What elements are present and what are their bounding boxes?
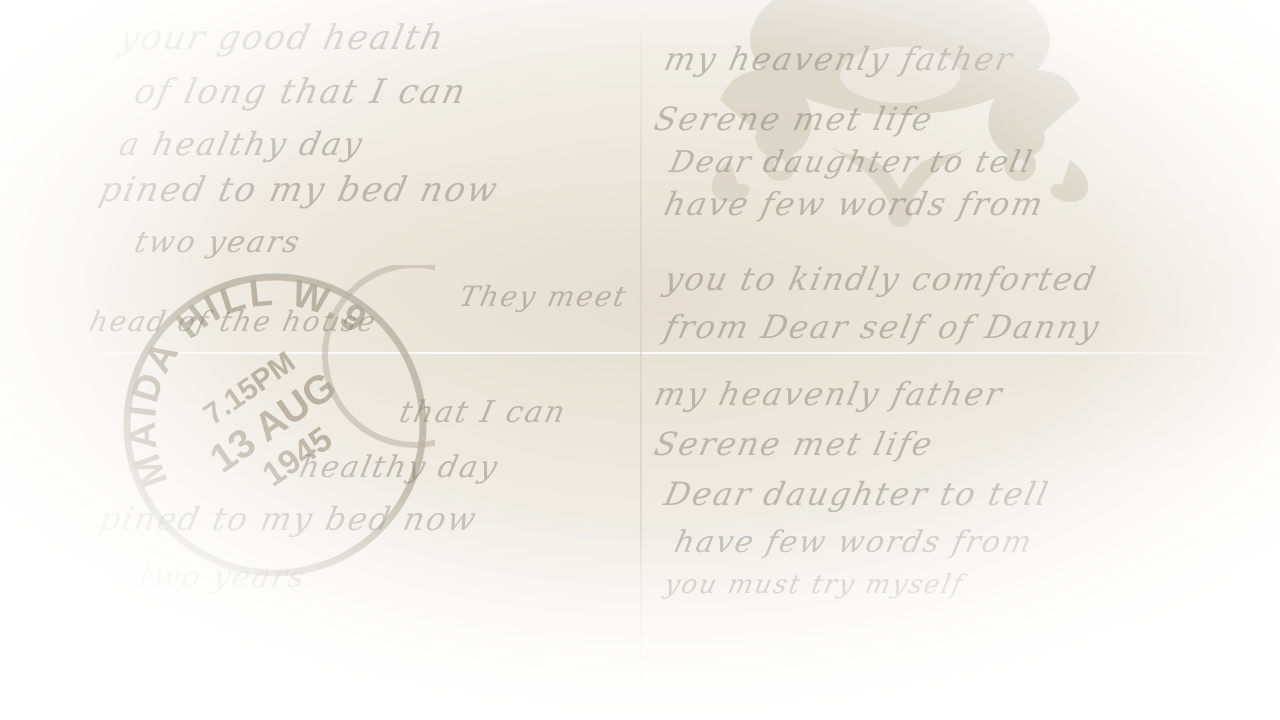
handwriting-line: Dear daughter to tell [661,475,1053,513]
handwriting-line: your good health [116,18,449,58]
paper-fold-vertical [640,0,642,720]
handwriting-line: two years [131,225,304,260]
handwriting-line: have few words from [671,525,1036,560]
handwriting-line: Serene met life [651,425,937,463]
handwriting-line: Serene met life [651,100,937,138]
handwriting-line: head of the house [86,305,380,338]
handwriting-line: you must try myself [662,570,967,600]
handwriting-line: have few words from [661,185,1048,223]
handwriting-line: from Dear self of Danny [661,308,1104,346]
handwriting-line: my heavenly father [661,40,1017,78]
handwriting-line: two years [136,560,309,595]
handwriting-line: you to kindly comforted [661,260,1101,298]
handwriting-line: Dear daughter to tell [666,145,1036,180]
handwriting-line: healthy day [296,450,502,485]
handwriting-line: my heavenly father [651,375,1007,413]
handwriting-line: They meet [456,280,630,313]
handwriting-line: that I can [396,395,570,430]
handwriting-line: pined to my bed now [96,500,481,538]
handwriting-line: of long that I can [131,72,471,112]
handwriting-line: pined to my bed now [96,170,503,210]
handwriting-line: a healthy day [116,125,368,163]
